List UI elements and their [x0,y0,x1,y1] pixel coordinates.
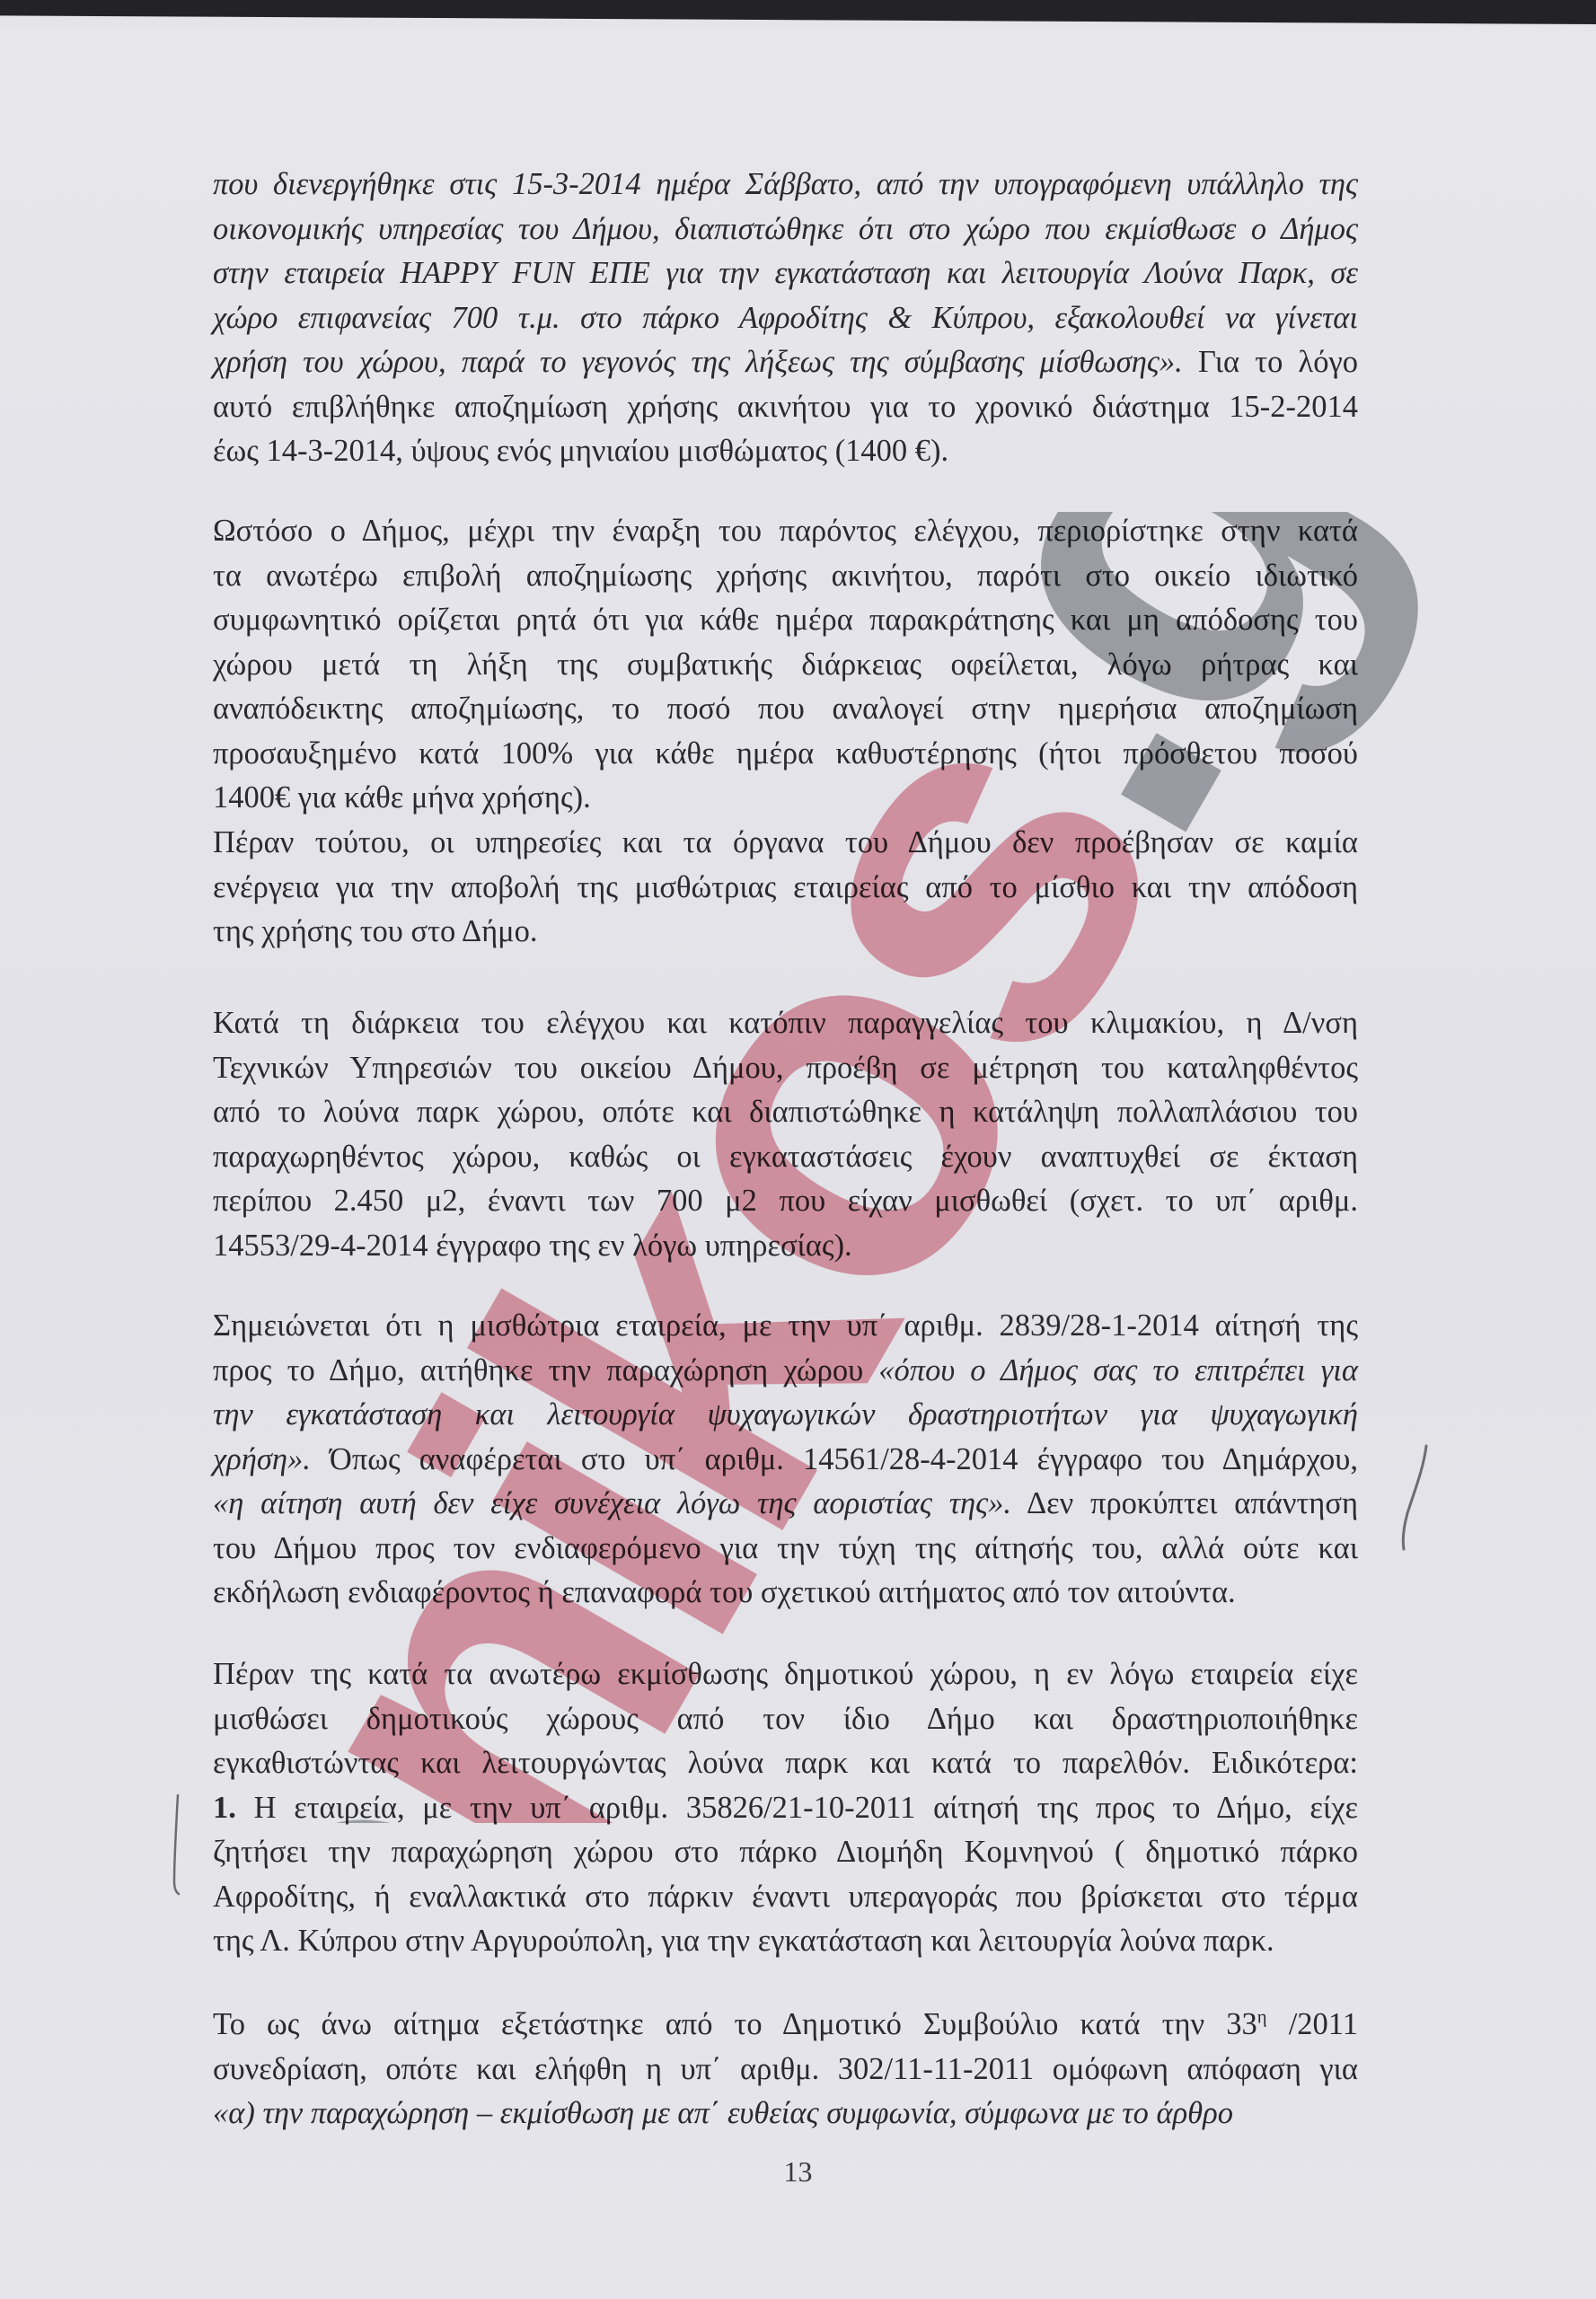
text-line: στην εταιρεία HAPPY FUN ΕΠΕ για την εγκα… [213,251,1358,296]
text-line: «η αίτηση αυτή δεν είχε συνέχεια λόγω τη… [213,1482,1358,1527]
text-run: «α) την παραχώρηση – εκμίσθωση με απ΄ ευ… [213,2096,1233,2130]
paragraph: Κατά τη διάρκεια του ελέγχου και κατόπιν… [213,1001,1358,1268]
text-run: Αφροδίτης, ή εναλλακτικά στο πάρκιν έναν… [213,1880,1358,1914]
paragraph: Σημειώνεται ότι η μισθώτρια εταιρεία, με… [213,1304,1358,1616]
text-run: μισθώσει δημοτικούς χώρους από τον ίδιο … [213,1702,1358,1736]
text-line: του Δήμου προς τον ενδιαφερόμενο για την… [213,1527,1358,1572]
text-run: Τεχνικών Υπηρεσιών του οικείου Δήμου, πρ… [213,1051,1358,1085]
text-line: Τεχνικών Υπηρεσιών του οικείου Δήμου, πρ… [213,1046,1358,1091]
text-line: Πέραν τούτου, οι υπηρεσίες και τα όργανα… [213,821,1358,866]
paragraph: Ωστόσο ο Δήμος, μέχρι την έναρξη του παρ… [213,509,1358,821]
text-line: από το λούνα παρκ χώρου, οπότε και διαπι… [213,1090,1358,1135]
text-line: τα ανωτέρω επιβολή αποζημίωσης χρήσης ακ… [213,554,1358,599]
text-line: 1. Η εταιρεία, με την υπ΄ αριθμ. 35826/2… [213,1786,1358,1831]
scanner-border [0,0,1596,27]
text-run: Όπως αναφέρεται στο υπ΄ αριθμ. 14561/28-… [311,1442,1358,1476]
text-line: έως 14-3-2014, ύψους ενός μηνιαίου μισθώ… [213,429,1358,474]
paragraph: Πέραν τούτου, οι υπηρεσίες και τα όργανα… [213,821,1358,955]
text-line: 14553/29-4-2014 έγγραφο της εν λόγω υπηρ… [213,1224,1358,1269]
text-line: χρήση του χώρου, παρά το γεγονός της λήξ… [213,340,1358,385]
text-line: αναπόδεικτης αποζημίωσης, το ποσό που αν… [213,687,1358,732]
text-run: που διενεργήθηκε στις 15-3-2014 ημέρα Σά… [213,167,1358,201]
text-run: συνεδρίαση, οπότε και ελήφθη η υπ΄ αριθμ… [213,2052,1358,2086]
text-line: προς το Δήμο, αιτήθηκε την παραχώρηση χώ… [213,1349,1358,1394]
text-line: Αφροδίτης, ή εναλλακτικά στο πάρκιν έναν… [213,1875,1358,1920]
text-run: Κατά τη διάρκεια του ελέγχου και κατόπιν… [213,1006,1358,1040]
text-line: χώρο επιφανείας 700 τ.μ. στο πάρκο Αφροδ… [213,296,1358,341]
text-run: «η αίτηση αυτή δεν είχε συνέχεια λόγω τη… [213,1486,1011,1520]
text-run: χρήση του χώρου, παρά το γεγονός της λήξ… [213,345,1183,379]
text-run: περίπου 2.450 μ2, έναντι των 700 μ2 που … [213,1184,1358,1218]
text-line: χώρου μετά τη λήξη της συμβατικής διάρκε… [213,643,1358,688]
text-line: Ωστόσο ο Δήμος, μέχρι την έναρξη του παρ… [213,509,1358,554]
text-run: Πέραν τούτου, οι υπηρεσίες και τα όργανα… [213,825,1358,859]
text-run: εκδήλωση ενδιαφέροντος ή επαναφορά του σ… [213,1575,1236,1609]
text-run: Για το λόγο [1183,345,1358,379]
text-run: της Λ. Κύπρου στην Αργυρούπολη, για την … [213,1924,1274,1958]
text-run: συμφωνητικό ορίζεται ρητά ότι για κάθε η… [213,603,1358,637]
text-run: Πέραν της κατά τα ανωτέρω εκμίσθωσης δημ… [213,1657,1358,1691]
text-line: Το ως άνω αίτημα εξετάστηκε από το Δημοτ… [213,2003,1358,2048]
text-run: αυτό επιβλήθηκε αποζημίωση χρήσης ακινήτ… [213,390,1358,424]
text-run: προσαυξημένο κατά 100% για κάθε ημέρα κα… [213,736,1358,771]
text-run: Ωστόσο ο Δήμος, μέχρι την έναρξη του παρ… [213,514,1358,548]
text-run: της χρήσης του στο Δήμο. [213,914,538,948]
text-line: οικονομικής υπηρεσίας του Δήμου, διαπιστ… [213,207,1358,252]
text-line: ζητήσει την παραχώρηση χώρου στο πάρκο Δ… [213,1830,1358,1875]
text-run: στην εταιρεία HAPPY FUN ΕΠΕ για την εγκα… [213,256,1358,290]
text-run: Σημειώνεται ότι η μισθώτρια εταιρεία, με… [213,1308,1358,1343]
text-line: Πέραν της κατά τα ανωτέρω εκμίσθωσης δημ… [213,1652,1358,1697]
text-line: «α) την παραχώρηση – εκμίσθωση με απ΄ ευ… [213,2092,1358,2136]
text-line: 1400€ για κάθε μήνα χρήσης). [213,776,1358,821]
text-run: προς το Δήμο, αιτήθηκε την παραχώρηση χώ… [213,1353,878,1387]
paragraph: Το ως άνω αίτημα εξετάστηκε από το Δημοτ… [213,2003,1358,2136]
text-run: Το ως άνω αίτημα εξετάστηκε από το Δημοτ… [213,2007,1257,2041]
text-run: Δεν προκύπτει απάντηση [1011,1486,1358,1520]
text-line: αυτό επιβλήθηκε αποζημίωση χρήσης ακινήτ… [213,385,1358,430]
text-line: εκδήλωση ενδιαφέροντος ή επαναφορά του σ… [213,1571,1358,1616]
text-line: εγκαθιστώντας και λειτουργώντας λούνα πα… [213,1741,1358,1786]
text-run: τα ανωτέρω επιβολή αποζημίωσης χρήσης ακ… [213,559,1358,593]
text-run: του Δήμου προς τον ενδιαφερόμενο για την… [213,1531,1358,1565]
text-run: από το λούνα παρκ χώρου, οπότε και διαπι… [213,1095,1358,1129]
text-line: προσαυξημένο κατά 100% για κάθε ημέρα κα… [213,732,1358,777]
text-line: την εγκατάσταση και λειτουργία ψυχαγωγικ… [213,1393,1358,1438]
text-line: περίπου 2.450 μ2, έναντι των 700 μ2 που … [213,1179,1358,1224]
text-run: παραχωρηθέντος χώρου, καθώς οι εγκαταστά… [213,1140,1358,1174]
text-line: χρήση». Όπως αναφέρεται στο υπ΄ αριθμ. 1… [213,1438,1358,1483]
text-run: η [1257,2008,1267,2028]
text-line: συμφωνητικό ορίζεται ρητά ότι για κάθε η… [213,598,1358,643]
text-run: χώρο επιφανείας 700 τ.μ. στο πάρκο Αφροδ… [213,301,1358,335]
text-line: παραχωρηθέντος χώρου, καθώς οι εγκαταστά… [213,1135,1358,1180]
text-line: Σημειώνεται ότι η μισθώτρια εταιρεία, με… [213,1304,1358,1349]
text-run: χρήση». [213,1442,311,1476]
text-run: ζητήσει την παραχώρηση χώρου στο πάρκο Δ… [213,1835,1358,1869]
text-run: Η εταιρεία, με την υπ΄ αριθμ. 35826/21-1… [236,1791,1358,1825]
text-line: μισθώσει δημοτικούς χώρους από τον ίδιο … [213,1697,1358,1742]
text-run: χώρου μετά τη λήξη της συμβατικής διάρκε… [213,647,1358,682]
text-run: ενέργεια για την αποβολή της μισθώτριας … [213,870,1358,904]
text-line: συνεδρίαση, οπότε και ελήφθη η υπ΄ αριθμ… [213,2048,1358,2092]
text-run: έως 14-3-2014, ύψους ενός μηνιαίου μισθώ… [213,434,948,468]
text-line: της Λ. Κύπρου στην Αργυρούπολη, για την … [213,1919,1358,1964]
text-run: /2011 [1267,2007,1358,2041]
text-line: της χρήσης του στο Δήμο. [213,910,1358,955]
paragraph: που διενεργήθηκε στις 15-3-2014 ημέρα Σά… [213,163,1358,474]
text-run: την εγκατάσταση και λειτουργία ψυχαγωγικ… [213,1397,1358,1431]
text-run: αναπόδεικτης αποζημίωσης, το ποσό που αν… [213,691,1358,726]
page-number: 13 [0,2155,1596,2189]
text-run: «όπου ο Δήμος σας το επιτρέπει για [878,1353,1358,1387]
text-run: οικονομικής υπηρεσίας του Δήμου, διαπιστ… [213,212,1358,246]
text-line: ενέργεια για την αποβολή της μισθώτριας … [213,866,1358,911]
text-line: που διενεργήθηκε στις 15-3-2014 ημέρα Σά… [213,163,1358,207]
text-line: Κατά τη διάρκεια του ελέγχου και κατόπιν… [213,1001,1358,1046]
text-run: 1400€ για κάθε μήνα χρήσης). [213,780,591,815]
text-run: 1. [213,1791,236,1825]
text-run: εγκαθιστώντας και λειτουργώντας λούνα πα… [213,1746,1358,1780]
paragraph: Πέραν της κατά τα ανωτέρω εκμίσθωσης δημ… [213,1652,1358,1964]
text-run: 14553/29-4-2014 έγγραφο της εν λόγω υπηρ… [213,1229,852,1263]
